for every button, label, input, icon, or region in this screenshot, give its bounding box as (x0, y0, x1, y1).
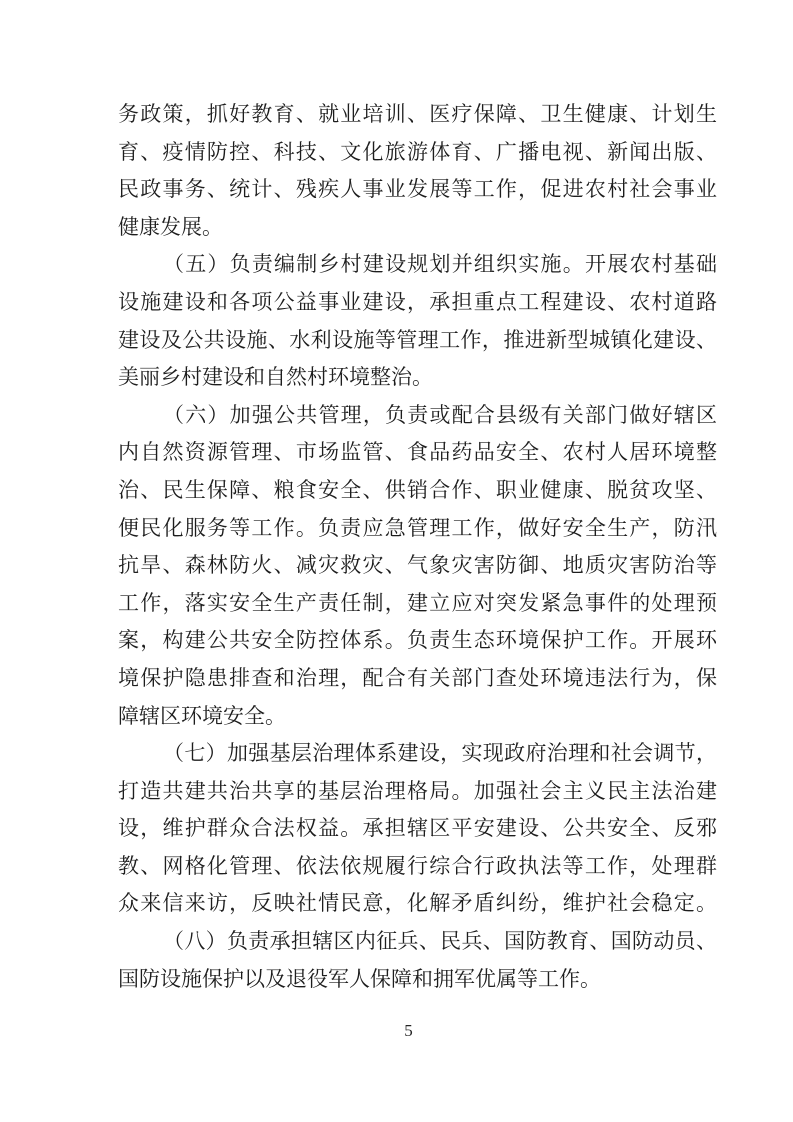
text-line: 境保护隐患排查和治理，配合有关部门查处环境违法行为，保 (118, 660, 717, 698)
text-line: 务政策，抓好教育、就业培训、医疗保障、卫生健康、计划生 (118, 96, 717, 134)
text-line: 育、疫情防控、科技、文化旅游体育、广播电视、新闻出版、 (118, 134, 717, 172)
text-line: （六）加强公共管理，负责或配合县级有关部门做好辖区 (118, 397, 717, 435)
paragraph-item-6: （六）加强公共管理，负责或配合县级有关部门做好辖区 内自然资源管理、市场监管、食… (118, 397, 717, 735)
text-line: 设施建设和各项公益事业建设，承担重点工程建设、农村道路 (118, 284, 717, 322)
text-line: 国防设施保护以及退役军人保障和拥军优属等工作。 (118, 961, 717, 999)
text-line: 障辖区环境安全。 (118, 698, 717, 736)
text-line: 案，构建公共安全防控体系。负责生态环境保护工作。开展环 (118, 622, 717, 660)
paragraph-continuation: 务政策，抓好教育、就业培训、医疗保障、卫生健康、计划生 育、疫情防控、科技、文化… (118, 96, 717, 246)
text-line: 建设及公共设施、水利设施等管理工作，推进新型城镇化建设、 (118, 322, 717, 360)
text-line: 打造共建共治共享的基层治理格局。加强社会主义民主法治建 (118, 773, 717, 811)
document-page: 务政策，抓好教育、就业培训、医疗保障、卫生健康、计划生 育、疫情防控、科技、文化… (0, 0, 793, 1122)
text-line: 美丽乡村建设和自然村环境整治。 (118, 359, 717, 397)
text-line: 工作，落实安全生产责任制，建立应对突发紧急事件的处理预 (118, 585, 717, 623)
paragraph-item-8: （八）负责承担辖区内征兵、民兵、国防教育、国防动员、 国防设施保护以及退役军人保… (118, 923, 717, 998)
paragraph-item-7: （七）加强基层治理体系建设，实现政府治理和社会调节， 打造共建共治共享的基层治理… (118, 735, 717, 923)
text-line: （七）加强基层治理体系建设，实现政府治理和社会调节， (118, 735, 717, 773)
page-number: 5 (118, 1021, 699, 1041)
text-line: 治、民生保障、粮食安全、供销合作、职业健康、脱贫攻坚、 (118, 472, 717, 510)
text-line: 众来信来访，反映社情民意，化解矛盾纠纷，维护社会稳定。 (118, 885, 717, 923)
text-line: 便民化服务等工作。负责应急管理工作，做好安全生产，防汛 (118, 510, 717, 548)
text-line: 健康发展。 (118, 209, 717, 247)
text-line: 内自然资源管理、市场监管、食品药品安全、农村人居环境整 (118, 434, 717, 472)
text-line: 设，维护群众合法权益。承担辖区平安建设、公共安全、反邪 (118, 810, 717, 848)
paragraph-item-5: （五）负责编制乡村建设规划并组织实施。开展农村基础 设施建设和各项公益事业建设，… (118, 246, 717, 396)
text-line: 教、网格化管理、依法依规履行综合行政执法等工作，处理群 (118, 848, 717, 886)
text-line: （五）负责编制乡村建设规划并组织实施。开展农村基础 (118, 246, 717, 284)
text-line: 抗旱、森林防火、减灾救灾、气象灾害防御、地质灾害防治等 (118, 547, 717, 585)
document-text: 务政策，抓好教育、就业培训、医疗保障、卫生健康、计划生 育、疫情防控、科技、文化… (118, 96, 717, 998)
text-line: 民政事务、统计、残疾人事业发展等工作，促进农村社会事业 (118, 171, 717, 209)
text-line: （八）负责承担辖区内征兵、民兵、国防教育、国防动员、 (118, 923, 717, 961)
